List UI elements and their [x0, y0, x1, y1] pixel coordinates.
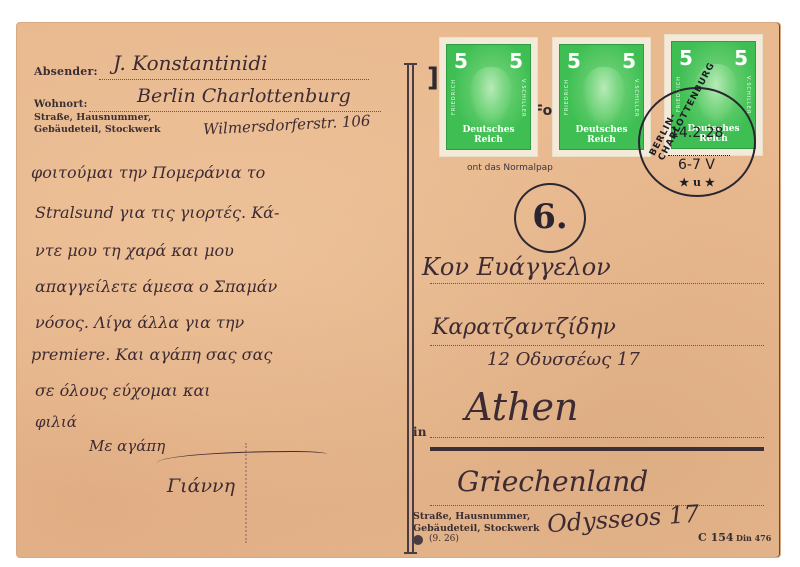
slogan-line-3: ont das Normalpap	[467, 163, 553, 173]
message-line-6: premiere. Και αγάπη σας σας	[31, 345, 272, 364]
recipient-line-1-rule	[430, 281, 764, 284]
absender-label: Absender:	[34, 65, 98, 78]
recipient-surname: Καρατζαντζίδην	[432, 315, 616, 340]
postmark-bottom: ★ u ★	[640, 176, 754, 189]
postcard: Absender: J. Konstantinidi Wohnort: Berl…	[17, 23, 780, 557]
wohnort-label: Wohnort:	[34, 99, 87, 110]
stamp-face: 5 5 FRIEDRICH V.SCHILLER Deutsches Reich	[559, 44, 644, 150]
postmark-time: 6-7 V	[678, 157, 715, 173]
closing-flourish	[157, 451, 327, 466]
portrait	[582, 67, 626, 127]
message-line-5: νόσος. Λίγα άλλα για την	[35, 313, 244, 332]
message-line-7: σε όλους εύχομαι και	[35, 381, 211, 400]
portrait	[469, 67, 513, 127]
stamp-face: 5 5 FRIEDRICH V.SCHILLER Deutsches Reich	[446, 44, 531, 150]
signature: Γιάννη	[167, 475, 235, 497]
slogan-mark: ]	[427, 63, 439, 93]
recipient-name: Κον Ευάγγελον	[422, 253, 611, 281]
sender-street-label: Straße, Hausnummer, Gebäudeteil, Stockwe…	[34, 112, 161, 136]
recipient-city: Athen	[465, 385, 578, 429]
print-code: (9. 26)	[429, 534, 459, 544]
recipient-street-label: Straße, Hausnummer, Gebäudeteil, Stockwe…	[413, 511, 540, 535]
city-underline	[430, 447, 764, 451]
message-line-8: φιλιά	[35, 413, 77, 431]
stamp-1: 5 5 FRIEDRICH V.SCHILLER Deutsches Reich	[440, 38, 537, 156]
recipient-street: 12 Οδυσσέως 17	[487, 349, 640, 370]
printer-mark-icon	[413, 535, 423, 545]
message-line-4: απαγγείλετε άμεσα ο Σπαμάν	[35, 277, 277, 296]
message-line-2: Stralsund για τις γιορτές. Κά-	[35, 203, 279, 222]
city-rule	[430, 435, 764, 438]
postmark-date: 14.2.28	[670, 125, 723, 141]
message-line-3: ντε μου τη χαρά και μου	[35, 241, 234, 260]
center-divider	[407, 65, 414, 552]
number-stamp: 6.	[514, 183, 586, 253]
machine-marks	[245, 443, 253, 543]
message-line-1: φοιτούμαι την Πομεράνια το	[31, 163, 265, 182]
recipient-line-2-rule	[430, 343, 764, 346]
recipient-country: Griechenland	[457, 465, 648, 498]
din-number: Din 476	[736, 533, 771, 543]
wohnort-handwriting: Berlin Charlottenburg	[137, 85, 351, 107]
form-number: C 154	[698, 531, 734, 544]
postmark: BERLIN-CHARLOTTENBURG 14.2.28 6-7 V ★ u …	[638, 87, 756, 197]
absender-handwriting: J. Konstantinidi	[113, 51, 268, 75]
in-label: in	[413, 425, 427, 439]
country-rule	[430, 503, 764, 506]
message-closing: Με αγάπη	[89, 437, 165, 455]
stamp-2: 5 5 FRIEDRICH V.SCHILLER Deutsches Reich	[553, 38, 650, 156]
sender-street-handwriting: Wilmersdorferstr. 106	[203, 112, 371, 139]
